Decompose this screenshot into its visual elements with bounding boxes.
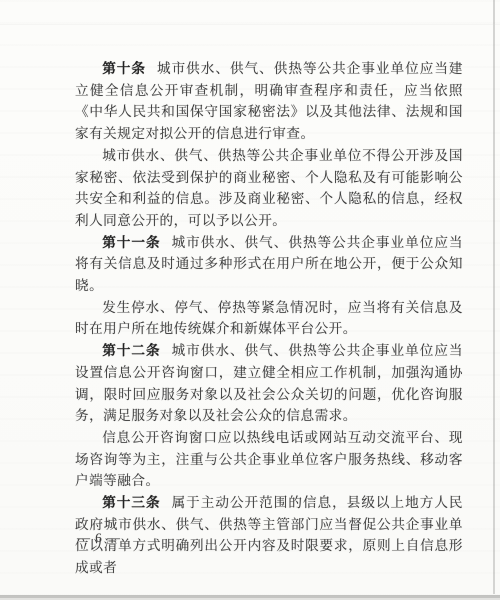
paragraph-article-10: 第十条城市供水、供气、供热等公共企事业单位应当建立健全信息公开审查机制，明确审查… [75, 58, 463, 145]
paragraph: 信息公开咨询窗口应以热线电话或网站互动交流平台、现场咨询等为主，注重与公共企事业… [75, 427, 463, 492]
paragraph-article-13: 第十三条属于主动公开范围的信息，县级以上地方人民政府城市供水、供气、供热等主管部… [75, 492, 463, 579]
article-number: 第十三条 [102, 495, 160, 510]
paragraph-article-11: 第十一条城市供水、供气、供热等公共企事业单位应当将有关信息及时通过多种形式在用户… [75, 232, 463, 297]
article-number: 第十条 [102, 61, 146, 76]
scanned-document-page: 第十条城市供水、供气、供热等公共企事业单位应当建立健全信息公开审查机制，明确审查… [0, 0, 500, 600]
paragraph-article-12: 第十二条城市供水、供气、供热等公共企事业单位应当设置信息公开咨询窗口，建立健全相… [75, 340, 463, 427]
paragraph-text: 信息公开咨询窗口应以热线电话或网站互动交流平台、现场咨询等为主，注重与公共企事业… [75, 430, 463, 488]
article-number: 第十二条 [102, 343, 160, 358]
document-body: 第十条城市供水、供气、供热等公共企事业单位应当建立健全信息公开审查机制，明确审查… [75, 58, 463, 579]
page-number: — 6 — [77, 530, 121, 546]
paragraph-text: 发生停水、停气、停热等紧急情况时，应当将有关信息及时在用户所在地传统媒介和新媒体… [75, 300, 463, 337]
scan-artifact-top-line [0, 24, 500, 25]
paragraph-text: 城市供水、供气、供热等公共企事业单位不得公开涉及国家秘密、依法受到保护的商业秘密… [75, 148, 463, 228]
paragraph: 城市供水、供气、供热等公共企事业单位不得公开涉及国家秘密、依法受到保护的商业秘密… [75, 145, 463, 232]
article-number: 第十一条 [102, 235, 160, 250]
scan-edge-right [493, 0, 495, 594]
paragraph: 发生停水、停气、停热等紧急情况时，应当将有关信息及时在用户所在地传统媒介和新媒体… [75, 297, 463, 340]
